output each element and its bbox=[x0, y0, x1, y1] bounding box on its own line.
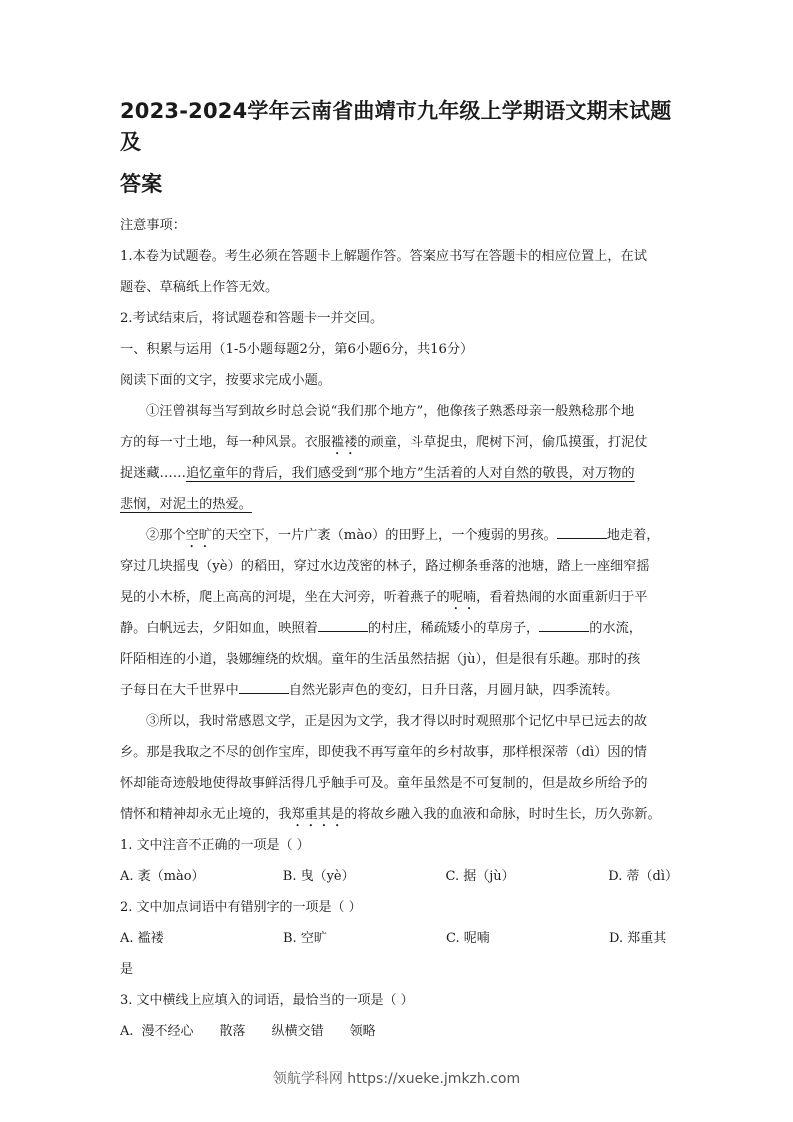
fill-blank-4 bbox=[239, 680, 289, 694]
q2-option-b[interactable]: B. 空旷 bbox=[283, 923, 446, 954]
p1-line-3: 捉迷藏……追忆童年的背后，我们感受到“那个地方”生活着的人对自然的敬畏，对万物的 bbox=[120, 458, 678, 489]
passage-paragraph-2: ②那个空旷的天空下，一片广袤（mào）的田野上，一个瘦弱的男孩。地走着， 穿过几… bbox=[120, 520, 678, 706]
q3-option-a[interactable]: A.漫不经心散落纵横交错领略 bbox=[120, 1016, 678, 1047]
q3-a-word-3: 纵横交错 bbox=[272, 1016, 324, 1047]
footer-watermark: 领航学科网 https://xueke.jmkzh.com bbox=[0, 1068, 793, 1088]
q3-option-a-label: A. bbox=[120, 1024, 134, 1039]
p2-text: 的村庄，稀疏矮小的草房子， bbox=[368, 621, 539, 636]
q1-option-b[interactable]: B. 曳（yè） bbox=[283, 861, 446, 892]
q2-option-a[interactable]: A. 褴褛 bbox=[120, 923, 283, 954]
p2-line-2: 穿过几块摇曳（yè）的稻田，穿过水边茂密的林子，路过柳条垂落的池塘，踏上一座细窄… bbox=[120, 551, 678, 582]
question-3-stem: 3. 文中横线上应填入的词语，最恰当的一项是（ ） bbox=[120, 985, 678, 1016]
q3-a-word-1: 漫不经心 bbox=[142, 1016, 194, 1047]
fill-blank-2 bbox=[318, 618, 368, 632]
dotted-word-zhengzhongqishi: 郑重其是 bbox=[291, 807, 344, 822]
p2-line-3: 晃的小木桥，爬上高高的河堤，坐在大河旁，听着燕子的呢喃，看着热闹的水面重新归于平 bbox=[120, 582, 678, 613]
p3-line-2: 乡。那是我取之不尽的创作宝库，即使我不再写童年的乡村故事，那样根深蒂（dì）因的… bbox=[120, 737, 678, 768]
notice-1-line-2: 题卷、草稿纸上作答无效。 bbox=[120, 272, 678, 303]
notice-1-line-1: 1.本卷为试题卷。考生必须在答题卡上解题作答。答案应书写在答题卡的相应位置上，在… bbox=[120, 241, 678, 272]
p2-text: 子每日在大千世界中 bbox=[120, 683, 239, 698]
p3-line-4: 情怀和精神却永无止境的，我郑重其是的将故乡融入我的血液和命脉，时时生长，历久弥新… bbox=[120, 799, 678, 830]
q2-option-c[interactable]: C. 呢喃 bbox=[446, 923, 609, 954]
document-title: 2023-2024学年云南省曲靖市九年级上学期语文期末试题及 答案 bbox=[120, 96, 678, 200]
p2-text: ，看着热闹的水面重新归于平 bbox=[476, 590, 647, 605]
p2-text: 晃的小木桥，爬上高高的河堤，坐在大河旁，听着燕子的 bbox=[120, 590, 450, 605]
underlined-sentence-end: 悲悯，对泥土的热爱。 bbox=[120, 497, 252, 512]
p2-text: 的天空下，一片广袤（mào）的田野上，一个瘦弱的男孩。 bbox=[212, 528, 557, 543]
question-2-stem: 2. 文中加点词语中有错别字的一项是（ ） bbox=[120, 892, 678, 923]
question-1-options: A. 袤（mào） B. 曳（yè） C. 据（jù） D. 蒂（dì） bbox=[120, 861, 678, 892]
p2-line-5: 阡陌相连的小道，袅娜缠绕的炊烟。童年的生活虽然拮据（jù），但是很有乐趣。那时的… bbox=[120, 644, 678, 675]
p1-text: 捉迷藏…… bbox=[120, 466, 186, 481]
q1-option-a[interactable]: A. 袤（mào） bbox=[120, 861, 283, 892]
p3-text: 情怀和精神却永无止境的，我 bbox=[120, 807, 291, 822]
notice-heading: 注意事项： bbox=[120, 210, 678, 241]
p2-line-6: 子每日在大千世界中自然光影声色的变幻，日升日落，月圆月缺，四季流转。 bbox=[120, 675, 678, 706]
q2-option-d-wrap: 是 bbox=[120, 954, 678, 985]
p1-line-2: 方的每一寸土地，每一种风景。衣服褴褛的顽童，斗草捉虫，爬树下河，偷瓜摸蛋，打泥仗 bbox=[120, 427, 678, 458]
p3-text: 的将故乡融入我的血液和命脉，时时生长，历久弥新。 bbox=[344, 807, 661, 822]
q2-option-d[interactable]: D. 郑重其 bbox=[609, 923, 666, 954]
dotted-word-nina: 呢喃 bbox=[450, 590, 476, 605]
title-line-1: 2023-2024学年云南省曲靖市九年级上学期语文期末试题及 bbox=[120, 99, 671, 154]
p3-line-1: ③所以，我时常感恩文学，正是因为文学，我才得以时时观照那个记忆中早已远去的故 bbox=[120, 706, 678, 737]
p3-line-3: 怀却能奇迹般地使得故事鲜活得几乎触手可及。童年虽然是不可复制的，但是故乡所给予的 bbox=[120, 768, 678, 799]
p2-text: 地走着， bbox=[607, 528, 660, 543]
p2-text: 静。白帆远去，夕阳如血，映照着 bbox=[120, 621, 318, 636]
question-2-options: A. 褴褛 B. 空旷 C. 呢喃 D. 郑重其 bbox=[120, 923, 678, 954]
reading-instruction: 阅读下面的文字，按要求完成小题。 bbox=[120, 365, 678, 396]
exam-page: 2023-2024学年云南省曲靖市九年级上学期语文期末试题及 答案 注意事项： … bbox=[120, 96, 678, 1047]
p2-text: ②那个 bbox=[146, 528, 186, 543]
q3-a-word-4: 领略 bbox=[350, 1016, 376, 1047]
q3-a-word-2: 散落 bbox=[220, 1016, 246, 1047]
p2-text: 自然光影声色的变幻，日升日落，月圆月缺，四季流转。 bbox=[289, 683, 619, 698]
passage-paragraph-1: ①汪曾祺每当写到故乡时总会说“我们那个地方”，他像孩子熟悉母亲一般熟稔那个地 方… bbox=[120, 396, 678, 520]
notice-2: 2.考试结束后，将试题卷和答题卡一并交回。 bbox=[120, 303, 678, 334]
question-1-stem: 1. 文中注音不正确的一项是（ ） bbox=[120, 830, 678, 861]
section-heading: 一、积累与运用（1-5小题每题2分，第6小题6分，共16分） bbox=[120, 334, 678, 365]
dotted-word-kongkuang: 空旷 bbox=[186, 528, 212, 543]
p2-text: 的水流， bbox=[589, 621, 642, 636]
p1-line-1: ①汪曾祺每当写到故乡时总会说“我们那个地方”，他像孩子熟悉母亲一般熟稔那个地 bbox=[120, 396, 678, 427]
p1-line-4: 悲悯，对泥土的热爱。 bbox=[120, 489, 678, 520]
fill-blank-1 bbox=[557, 525, 607, 539]
title-line-2: 答案 bbox=[120, 169, 678, 200]
p2-line-1: ②那个空旷的天空下，一片广袤（mào）的田野上，一个瘦弱的男孩。地走着， bbox=[120, 520, 678, 551]
dotted-word-lanlv: 褴褛 bbox=[331, 435, 357, 450]
p1-text: 的顽童，斗草捉虫，爬树下河，偷瓜摸蛋，打泥仗 bbox=[357, 435, 647, 450]
q1-option-d[interactable]: D. 蒂（dì） bbox=[608, 861, 678, 892]
fill-blank-3 bbox=[539, 618, 589, 632]
p2-line-4: 静。白帆远去，夕阳如血，映照着的村庄，稀疏矮小的草房子，的水流， bbox=[120, 613, 678, 644]
passage-paragraph-3: ③所以，我时常感恩文学，正是因为文学，我才得以时时观照那个记忆中早已远去的故 乡… bbox=[120, 706, 678, 830]
p1-text: 方的每一寸土地，每一种风景。衣服 bbox=[120, 435, 331, 450]
underlined-sentence: 追忆童年的背后，我们感受到“那个地方”生活着的人对自然的敬畏，对万物的 bbox=[186, 466, 635, 481]
q1-option-c[interactable]: C. 据（jù） bbox=[446, 861, 609, 892]
